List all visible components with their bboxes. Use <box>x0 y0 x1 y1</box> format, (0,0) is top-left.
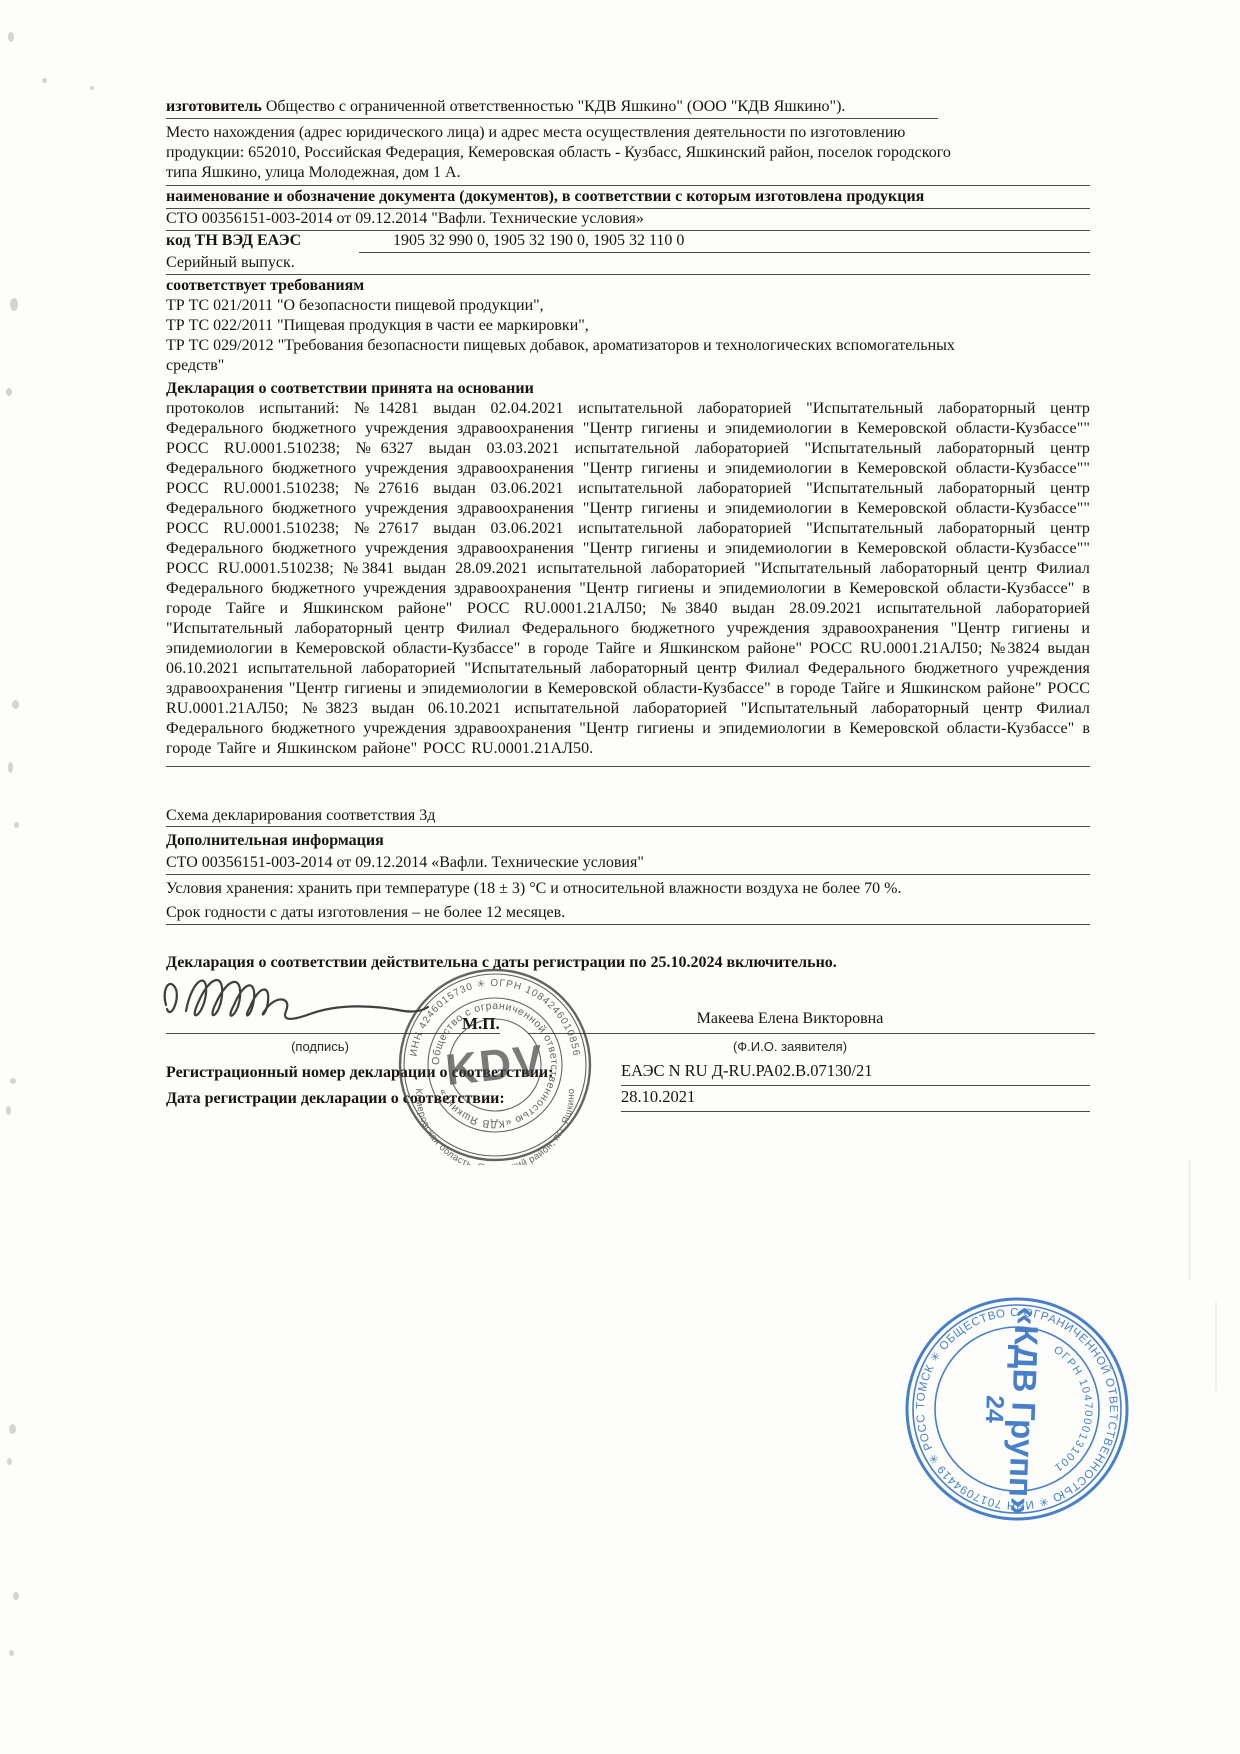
tnved-row: код ТН ВЭД ЕАЭС 1905 32 990 0, 1905 32 1… <box>166 231 1090 253</box>
additional-label: Дополнительная информация <box>166 831 1090 851</box>
scan-speck <box>9 1424 16 1434</box>
tnved-label: код ТН ВЭД ЕАЭС <box>166 232 301 249</box>
scan-speck <box>14 822 19 828</box>
stamp-blue-ogrn-text: ОГРН 1047000131001 <box>1051 1344 1094 1474</box>
scan-speck <box>8 762 13 773</box>
scan-speck <box>6 388 12 396</box>
scanned-declaration-page: изготовитель Общество с ограниченной отв… <box>0 0 1240 1754</box>
underline <box>166 118 938 119</box>
additional-sto-row: СТО 00356151-003-2014 от 09.12.2014 «Ваф… <box>166 853 1090 875</box>
scheme-row: Схема декларирования соответствия 3д <box>166 806 1090 827</box>
scan-speck <box>13 1592 19 1600</box>
scan-speck <box>9 1650 14 1656</box>
protocols-paragraph: протоколов испытаний: №14281 выдан 02.04… <box>166 399 1090 767</box>
manufacturer-row: изготовитель Общество с ограниченной отв… <box>166 97 1090 117</box>
round-stamp-kdv-yashkino: ИНН 4246015730 ✳ ОГРН 1084246010856 Кеме… <box>395 965 595 1165</box>
regulation-line: ТР ТС 029/2012 "Требования безопасности … <box>166 336 1090 356</box>
regulation-line: ТР ТС 021/2011 "О безопасности пищевой п… <box>166 296 1090 316</box>
regulation-line: ТР ТС 022/2011 "Пищевая продукция в част… <box>166 316 1090 336</box>
scan-speck <box>10 1078 16 1084</box>
fio-line <box>528 1033 1095 1034</box>
address-line: Место нахождения (адрес юридического лиц… <box>166 123 1090 143</box>
storage-row: Условия хранения: хранить при температур… <box>166 879 1090 899</box>
basis-label: Декларация о соответствии принята на осн… <box>166 379 1090 399</box>
address-line: типа Яшкино, улица Молодежная, дом 1 А. <box>166 163 1090 183</box>
scan-speck <box>6 1106 11 1115</box>
registration-number-row: Регистрационный номер декларации о соотв… <box>166 1063 1090 1087</box>
manufacturer-value: Общество с ограниченной ответственностью… <box>266 98 846 115</box>
scan-streak <box>1215 1300 1217 1390</box>
scan-speck <box>12 700 19 709</box>
scan-speck <box>42 78 47 83</box>
serial-row: Серийный выпуск. <box>166 253 1090 275</box>
conforms-label: соответствует требованиям <box>166 276 1090 296</box>
registration-date-value: 28.10.2021 <box>621 1087 1090 1112</box>
doc-basis-value: СТО 00356151-003-2014 от 09.12.2014 "Ваф… <box>166 209 1090 231</box>
svg-text:ОГРН 1047000131001: ОГРН 1047000131001 <box>1051 1344 1094 1474</box>
registration-number-value: ЕАЭС N RU Д-RU.РА02.В.07130/21 <box>621 1061 1090 1086</box>
regulation-line: средств" <box>166 356 1090 376</box>
signature-caption: (подпись) <box>230 1039 410 1054</box>
doc-basis-label: наименование и обозначение документа (до… <box>166 187 1090 209</box>
scan-speck <box>10 298 18 311</box>
stamp-black-center-logo: KDV <box>443 1036 546 1095</box>
scan-speck <box>8 32 14 42</box>
address-block: Место нахождения (адрес юридического лиц… <box>166 123 1090 186</box>
round-stamp-kdv-grupp: ТОМСК ✳ ОБЩЕСТВО С ОГРАНИЧЕННОЙ ОТВЕТСТВ… <box>897 1289 1137 1529</box>
manufacturer-label: изготовитель <box>166 98 262 115</box>
fio-caption: (Ф.И.О. заявителя) <box>680 1039 900 1054</box>
scan-speck <box>90 86 94 90</box>
tnved-value: 1905 32 990 0, 1905 32 190 0, 1905 32 11… <box>359 231 1090 253</box>
conforms-block: соответствует требованиям ТР ТС 021/2011… <box>166 276 1090 376</box>
scan-streak <box>1188 1160 1191 1280</box>
stamp-blue-center-number: 24 <box>980 1395 1009 1424</box>
shelf-life-row: Срок годности с даты изготовления – не б… <box>166 903 1090 925</box>
scan-speck <box>7 1458 12 1465</box>
address-line: продукции: 652010, Российская Федерация,… <box>166 143 1090 163</box>
applicant-name: Макеева Елена Викторовна <box>630 1010 950 1028</box>
registration-date-row: Дата регистрации декларации о соответств… <box>166 1089 1090 1113</box>
